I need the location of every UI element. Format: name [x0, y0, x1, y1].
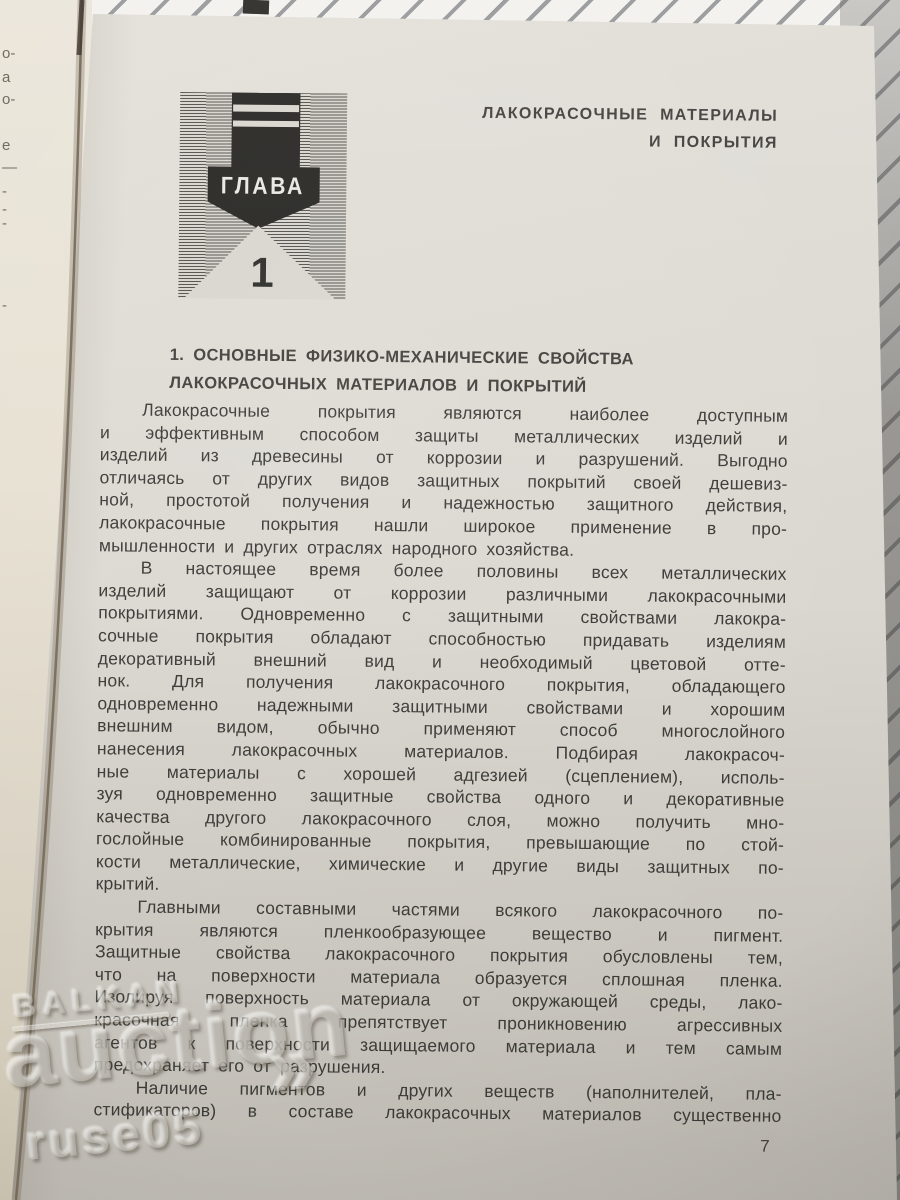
body-line: лакокрасочные покрытия нашли широкое при…	[99, 511, 787, 540]
body-line: агентов к поверхности защищаемого матери…	[94, 1031, 782, 1060]
body-line: одновременно надежными защитными свойств…	[97, 692, 785, 721]
body-line: и эффективным способом защиты металличес…	[100, 421, 788, 450]
body-line: В настоящее время более половины всех ме…	[99, 556, 787, 585]
body-line: нок. Для получения лакокрасочного покрыт…	[98, 669, 786, 698]
section-heading: 1. ОСНОВНЫЕ ФИЗИКО-МЕХАНИЧЕСКИЕ СВОЙСТВА…	[169, 341, 634, 401]
body-line: гослойные комбинированные покрытия, прев…	[96, 828, 784, 857]
body-line: изделий защищают от коррозии различными …	[98, 579, 786, 608]
body-paragraph: В настоящее время более половины всех ме…	[96, 556, 787, 901]
chapter-number: 1	[178, 248, 345, 298]
page-content: ГЛАВА 1 ЛАКОКРАСОЧНЫЕ МАТЕРИАЛЫ И ПОКРЫТ…	[0, 0, 900, 1200]
facing-page-fragment: о-	[2, 46, 15, 61]
page-number: 7	[760, 1137, 770, 1157]
body-line: Главными составными частями всякого лако…	[95, 895, 783, 924]
photo-background: { "book_page": { "chapter_badge": { "lab…	[0, 0, 900, 1200]
body-line: внешним видом, обычно применяют способ м…	[97, 715, 785, 744]
body-line: Наличие пигментов и других веществ (напо…	[94, 1076, 782, 1105]
facing-page-fragment: а	[2, 70, 10, 85]
body-line: зуя одновременно защитные свойства одног…	[96, 782, 784, 811]
facing-page-fragment: —	[2, 160, 17, 175]
facing-page-fragment: -	[2, 298, 7, 313]
body-paragraph: Главными составными частями всякого лако…	[94, 895, 784, 1082]
chapter-emblem: ГЛАВА 1	[178, 92, 347, 300]
body-line: покрытиями. Одновременно с защитными сво…	[98, 602, 786, 631]
running-title-line1: ЛАКОКРАСОЧНЫЕ МАТЕРИАЛЫ	[440, 99, 778, 129]
body-line: Защитные свойства лакокрасочного покрыти…	[95, 940, 783, 969]
body-line: предохраняет его от разрушения.	[94, 1053, 782, 1082]
body-text: Лакокрасочные покрытия являются наиболее…	[93, 398, 788, 1128]
running-title-line2: И ПОКРЫТИЯ	[440, 126, 778, 156]
facing-page-fragment: -	[2, 184, 7, 199]
body-line: крытия являются пленкообразующее веществ…	[95, 918, 783, 947]
body-paragraph: Наличие пигментов и других веществ (напо…	[93, 1076, 781, 1128]
body-line: качества другого лакокрасочного слоя, мо…	[96, 805, 784, 834]
body-line: нанесения лакокрасочных материалов. Подб…	[97, 737, 785, 766]
ribbon-stripe-icon	[234, 105, 299, 113]
chapter-ribbon-icon	[178, 92, 347, 300]
ribbon-stripe-icon	[233, 121, 298, 128]
book-page: ГЛАВА 1 ЛАКОКРАСОЧНЫЕ МАТЕРИАЛЫ И ПОКРЫТ…	[0, 0, 900, 1200]
body-line: сочные покрытия обладают способностью пр…	[98, 624, 786, 653]
body-line: мышленности и других отраслях народного …	[99, 534, 787, 563]
running-title: ЛАКОКРАСОЧНЫЕ МАТЕРИАЛЫ И ПОКРЫТИЯ	[440, 99, 779, 156]
facing-page-fragment: е	[2, 138, 10, 153]
facing-page-fragment: -	[2, 216, 7, 231]
section-heading-line1: 1. ОСНОВНЫЕ ФИЗИКО-МЕХАНИЧЕСКИЕ СВОЙСТВА	[170, 341, 634, 373]
body-line: ной, простотой получения и надежностью з…	[99, 489, 787, 518]
body-line: кости металлические, химические и другие…	[96, 850, 784, 879]
body-line: изделий из древесины от коррозии и разру…	[100, 443, 788, 472]
chapter-label: ГЛАВА	[189, 172, 336, 201]
body-line: Изолируя поверхность материала от окружа…	[94, 986, 782, 1015]
body-line: крытий.	[96, 873, 784, 902]
body-line: отличаясь от других видов защитных покры…	[99, 466, 787, 495]
section-heading-line2: ЛАКОКРАСОЧНЫХ МАТЕРИАЛОВ И ПОКРЫТИЙ	[169, 369, 633, 401]
facing-page-fragment: о-	[2, 92, 15, 107]
chapter-number-triangle	[178, 92, 347, 300]
body-line: что на поверхности материала образуется …	[95, 963, 783, 992]
body-line: Лакокрасочные покрытия являются наиболее…	[100, 398, 788, 427]
body-line: ные материалы с хорошей адгезией (сцепле…	[97, 760, 785, 789]
body-paragraph: Лакокрасочные покрытия являются наиболее…	[99, 398, 788, 563]
body-line: красочная пленка препятствует проникнове…	[94, 1008, 782, 1037]
body-line: стификаторов) в составе лакокрасочных ма…	[93, 1099, 781, 1128]
body-line: декоративный внешний вид и необходимый ц…	[98, 647, 786, 676]
background-object-mark	[243, 0, 269, 14]
